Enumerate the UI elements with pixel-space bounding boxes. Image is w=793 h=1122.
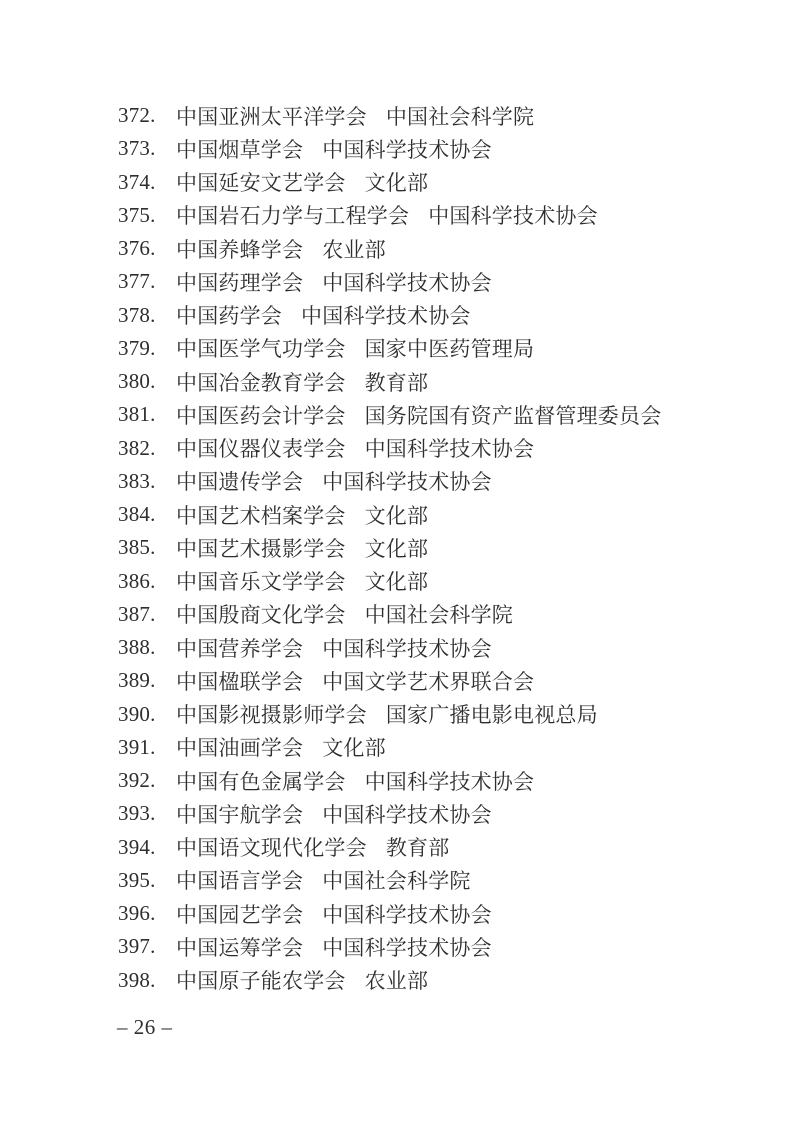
item-supervisor-name: 文化部 — [365, 500, 429, 530]
item-number: 373. — [118, 136, 176, 161]
item-supervisor-name: 中国科学技术协会 — [322, 799, 492, 829]
item-society-name: 中国音乐文学学会 — [176, 566, 346, 596]
list-item: 387.中国殷商文化学会中国社会科学院 — [118, 598, 763, 631]
list-item: 380.中国冶金教育学会教育部 — [118, 365, 763, 398]
item-number: 372. — [118, 103, 176, 128]
item-society-name: 中国艺术摄影学会 — [176, 533, 346, 563]
item-number: 389. — [118, 668, 176, 693]
item-number: 378. — [118, 303, 176, 328]
list-item: 384.中国艺术档案学会文化部 — [118, 498, 763, 531]
list-item: 392.中国有色金属学会中国科学技术协会 — [118, 764, 763, 797]
item-supervisor-name: 中国社会科学院 — [322, 865, 470, 895]
item-supervisor-name: 中国社会科学院 — [365, 599, 513, 629]
item-supervisor-name: 中国科学技术协会 — [322, 633, 492, 663]
list-item: 394.中国语文现代化学会教育部 — [118, 831, 763, 864]
item-number: 386. — [118, 569, 176, 594]
item-number: 390. — [118, 702, 176, 727]
list-item: 379.中国医学气功学会国家中医药管理局 — [118, 332, 763, 365]
item-supervisor-name: 文化部 — [365, 566, 429, 596]
list-item: 374.中国延安文艺学会文化部 — [118, 166, 763, 199]
list-item: 372.中国亚洲太平洋学会中国社会科学院 — [118, 99, 763, 132]
page-number: – 26 – — [117, 1015, 173, 1039]
item-number: 394. — [118, 835, 176, 860]
list-item: 383.中国遗传学会中国科学技术协会 — [118, 465, 763, 498]
list-item: 388.中国营养学会中国科学技术协会 — [118, 631, 763, 664]
item-supervisor-name: 中国科学技术协会 — [301, 300, 471, 330]
list-item: 390.中国影视摄影师学会国家广播电影电视总局 — [118, 698, 763, 731]
item-society-name: 中国冶金教育学会 — [176, 367, 346, 397]
item-society-name: 中国岩石力学与工程学会 — [176, 200, 409, 230]
item-society-name: 中国仪器仪表学会 — [176, 433, 346, 463]
item-number: 388. — [118, 635, 176, 660]
item-society-name: 中国养蜂学会 — [176, 234, 303, 264]
item-supervisor-name: 农业部 — [365, 965, 429, 995]
item-society-name: 中国医药会计学会 — [176, 400, 346, 430]
list-item: 395.中国语言学会中国社会科学院 — [118, 864, 763, 897]
item-society-name: 中国药学会 — [176, 300, 282, 330]
society-list: 372.中国亚洲太平洋学会中国社会科学院373.中国烟草学会中国科学技术协会37… — [118, 99, 763, 997]
item-society-name: 中国语言学会 — [176, 865, 303, 895]
item-supervisor-name: 国家广播电影电视总局 — [386, 699, 598, 729]
page-footer: – 26 – — [117, 1015, 173, 1040]
item-supervisor-name: 国家中医药管理局 — [365, 333, 535, 363]
item-number: 383. — [118, 469, 176, 494]
item-number: 393. — [118, 801, 176, 826]
item-supervisor-name: 中国科学技术协会 — [365, 433, 535, 463]
item-supervisor-name: 中国科学技术协会 — [365, 766, 535, 796]
item-supervisor-name: 中国社会科学院 — [386, 101, 534, 131]
item-number: 398. — [118, 968, 176, 993]
list-item: 381.中国医药会计学会国务院国有资产监督管理委员会 — [118, 398, 763, 431]
list-item: 376.中国养蜂学会农业部 — [118, 232, 763, 265]
item-society-name: 中国原子能农学会 — [176, 965, 346, 995]
item-number: 377. — [118, 269, 176, 294]
item-society-name: 中国烟草学会 — [176, 134, 303, 164]
list-item: 382.中国仪器仪表学会中国科学技术协会 — [118, 432, 763, 465]
list-item: 375.中国岩石力学与工程学会中国科学技术协会 — [118, 199, 763, 232]
item-supervisor-name: 中国科学技术协会 — [322, 267, 492, 297]
item-supervisor-name: 中国文学艺术界联合会 — [322, 666, 534, 696]
item-supervisor-name: 文化部 — [322, 732, 386, 762]
item-society-name: 中国医学气功学会 — [176, 333, 346, 363]
item-number: 380. — [118, 369, 176, 394]
item-society-name: 中国殷商文化学会 — [176, 599, 346, 629]
item-number: 382. — [118, 436, 176, 461]
item-supervisor-name: 中国科学技术协会 — [428, 200, 598, 230]
item-number: 392. — [118, 768, 176, 793]
item-society-name: 中国影视摄影师学会 — [176, 699, 367, 729]
item-society-name: 中国药理学会 — [176, 267, 303, 297]
item-society-name: 中国油画学会 — [176, 732, 303, 762]
item-society-name: 中国艺术档案学会 — [176, 500, 346, 530]
item-society-name: 中国有色金属学会 — [176, 766, 346, 796]
item-number: 387. — [118, 602, 176, 627]
list-item: 389.中国楹联学会中国文学艺术界联合会 — [118, 664, 763, 697]
item-number: 381. — [118, 402, 176, 427]
item-number: 396. — [118, 901, 176, 926]
item-supervisor-name: 文化部 — [365, 533, 429, 563]
item-society-name: 中国营养学会 — [176, 633, 303, 663]
item-supervisor-name: 中国科学技术协会 — [322, 932, 492, 962]
item-supervisor-name: 国务院国有资产监督管理委员会 — [365, 400, 662, 430]
item-society-name: 中国园艺学会 — [176, 899, 303, 929]
item-number: 374. — [118, 170, 176, 195]
item-supervisor-name: 中国科学技术协会 — [322, 899, 492, 929]
item-supervisor-name: 教育部 — [365, 367, 429, 397]
item-society-name: 中国运筹学会 — [176, 932, 303, 962]
list-item: 393.中国宇航学会中国科学技术协会 — [118, 797, 763, 830]
item-supervisor-name: 中国科学技术协会 — [322, 466, 492, 496]
list-item: 391.中国油画学会文化部 — [118, 731, 763, 764]
list-item: 373.中国烟草学会中国科学技术协会 — [118, 132, 763, 165]
item-number: 385. — [118, 535, 176, 560]
item-society-name: 中国宇航学会 — [176, 799, 303, 829]
list-item: 385.中国艺术摄影学会文化部 — [118, 531, 763, 564]
item-number: 384. — [118, 502, 176, 527]
item-society-name: 中国遗传学会 — [176, 466, 303, 496]
list-item: 396.中国园艺学会中国科学技术协会 — [118, 897, 763, 930]
item-supervisor-name: 教育部 — [386, 832, 450, 862]
list-item: 386.中国音乐文学学会文化部 — [118, 565, 763, 598]
item-society-name: 中国亚洲太平洋学会 — [176, 101, 367, 131]
list-item: 398.中国原子能农学会农业部 — [118, 964, 763, 997]
item-society-name: 中国楹联学会 — [176, 666, 303, 696]
item-number: 379. — [118, 336, 176, 361]
item-society-name: 中国语文现代化学会 — [176, 832, 367, 862]
item-number: 397. — [118, 934, 176, 959]
item-number: 391. — [118, 735, 176, 760]
list-item: 397.中国运筹学会中国科学技术协会 — [118, 930, 763, 963]
item-number: 375. — [118, 203, 176, 228]
list-item: 377.中国药理学会中国科学技术协会 — [118, 265, 763, 298]
item-supervisor-name: 中国科学技术协会 — [322, 134, 492, 164]
document-page: 372.中国亚洲太平洋学会中国社会科学院373.中国烟草学会中国科学技术协会37… — [0, 0, 793, 1122]
item-number: 395. — [118, 868, 176, 893]
list-item: 378.中国药学会中国科学技术协会 — [118, 299, 763, 332]
item-number: 376. — [118, 236, 176, 261]
item-society-name: 中国延安文艺学会 — [176, 167, 346, 197]
item-supervisor-name: 农业部 — [322, 234, 386, 264]
item-supervisor-name: 文化部 — [365, 167, 429, 197]
